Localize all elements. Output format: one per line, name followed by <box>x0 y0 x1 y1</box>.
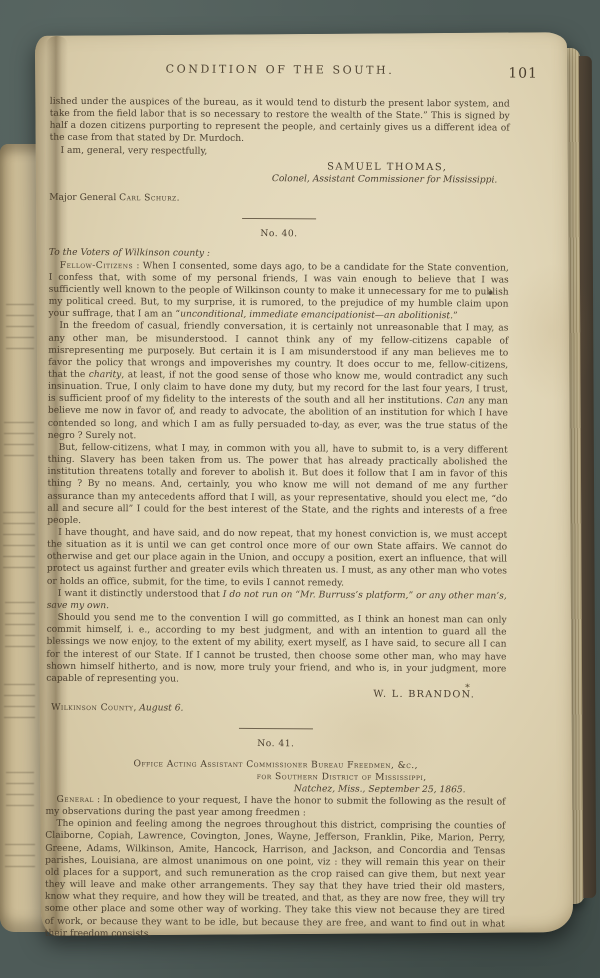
doc-number-41: No. 41. <box>46 737 506 752</box>
text: No. 40. <box>260 229 297 239</box>
gutter-text-fragment <box>5 602 35 648</box>
signature-title: Colonel, Assistant Commissioner for Miss… <box>49 172 509 187</box>
printers-mark: * <box>465 683 470 693</box>
text: ” <box>453 311 458 321</box>
paragraph: The opinion and feeling among the negroe… <box>45 818 506 942</box>
paragraph: Fellow-Citizens : When I consented, some… <box>48 259 508 323</box>
paragraph-continued: lished under the auspices of the bureau,… <box>50 96 510 147</box>
dateline: Wilkinson County, August 6. <box>51 702 506 717</box>
gutter-text-fragment <box>3 512 35 570</box>
section-divider <box>239 728 313 729</box>
small-caps-text: for Southern District of Mississippi, <box>257 772 427 783</box>
italic-text: Can <box>446 396 464 406</box>
doc-number-40: No. 40. <box>49 227 509 242</box>
gutter-text-fragment <box>4 422 34 458</box>
text: SAMUEL THOMAS, <box>327 161 447 173</box>
gutter-text-fragment <box>4 684 35 720</box>
gutter-text-fragment <box>5 844 35 870</box>
text: I want it distinctly understood that <box>58 589 223 600</box>
page-number: 101 <box>508 66 538 82</box>
small-caps-text: Office Acting Assistant Commissioner Bur… <box>133 759 418 771</box>
paragraph: But, fellow-citizens, what I may, in com… <box>47 442 508 530</box>
italic-text: August 6. <box>139 704 183 714</box>
section-divider <box>242 218 316 219</box>
text: I have thought, and have said, and do no… <box>47 528 507 588</box>
small-caps-text: Fellow-Citizens <box>60 260 133 270</box>
scanned-page: CONDITION OF THE SOUTH. 101 lished under… <box>35 32 573 936</box>
small-caps-text: General <box>57 795 94 805</box>
text: : In obedience to your request, I have t… <box>45 795 505 818</box>
signature-name-brandon: W. L. BRANDON. <box>46 687 506 702</box>
text: I am, general, very respectfully, <box>60 145 207 156</box>
printed-content: CONDITION OF THE SOUTH. 101 lished under… <box>45 62 510 943</box>
italic-text: unconditional, immediate emancipationist… <box>180 310 453 322</box>
gutter-text-fragment <box>6 304 34 350</box>
text: Major General <box>49 193 119 203</box>
page-header: CONDITION OF THE SOUTH. 101 <box>50 62 510 81</box>
italic-text: To the Voters of Wilkinson county : <box>49 248 210 259</box>
closing-line: I am, general, very respectfully, <box>49 144 509 159</box>
running-title: CONDITION OF THE SOUTH. <box>50 62 510 78</box>
paragraph: General : In obedience to your request, … <box>45 794 505 821</box>
paragraph: I want it distinctly understood that I d… <box>47 588 507 615</box>
italic-text: Colonel, Assistant Commissioner for Miss… <box>272 174 498 185</box>
text: No. 41. <box>257 739 294 749</box>
text: lished under the auspices of the bureau,… <box>50 97 510 145</box>
text: Should you send me to the convention I w… <box>46 613 506 685</box>
small-caps-text: Wilkinson County <box>51 703 133 714</box>
small-caps-text: Carl Schurz. <box>119 193 180 203</box>
italic-text: Natchez, Miss., September 25, 1865. <box>294 784 466 795</box>
book-scan-scene: CONDITION OF THE SOUTH. 101 lished under… <box>0 0 600 978</box>
italic-text: charity <box>89 370 122 380</box>
paragraph: I have thought, and have said, and do no… <box>47 527 507 591</box>
paragraph: In the freedom of casual, friendly conve… <box>48 320 509 444</box>
paragraph: Should you send me to the convention I w… <box>46 612 506 688</box>
page-body: lished under the auspices of the bureau,… <box>45 96 510 943</box>
text: But, fellow-citizens, what I may, in com… <box>47 443 507 526</box>
addressee-line: Major General Carl Schurz. <box>49 192 509 207</box>
gutter-text-fragment <box>6 772 34 806</box>
text: The opinion and feeling among the negroe… <box>45 819 506 939</box>
text: W. L. BRANDON. <box>373 689 475 701</box>
